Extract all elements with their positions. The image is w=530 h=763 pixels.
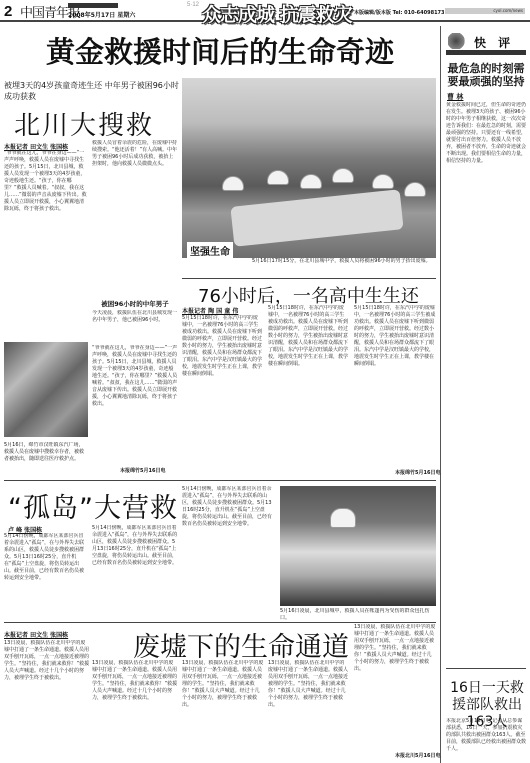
island-col2: 5月14日傍晚，成都军区某部官兵冒着余震进入“孤岛”，在与外界失去联系的山区，救… <box>92 525 178 608</box>
commentary-section-title: 快 评 <box>474 34 514 51</box>
section-rule <box>446 668 526 669</box>
publication-date: 2008年5月17日 星期六 <box>68 10 135 19</box>
commentary-body: 黄金救援时间已过，但生命的奇迹仍在发生。被埋3天的孩子、被困96小时的中年男子相… <box>446 102 526 662</box>
section-rule <box>4 622 436 623</box>
slogan: 众志成城 抗震救灾 <box>202 0 352 27</box>
lead-body-col3: 今天凌晨，救援队伍在北川县城发现一名中年男子，他已被困96小时。 <box>92 310 178 340</box>
ruins-credit: 本报北川5月16日电 <box>395 753 440 760</box>
slogan-date: 5·12 <box>182 1 204 19</box>
island-col3: 5月14日傍晚，成都军区某部官兵冒着余震进入“孤岛”，在与外界失去联系的山区，救… <box>182 486 274 608</box>
lead-body-col2: 救援人员冒着余震的危险，在废墟中持续搜索。“他还活着！”有人高喊。中年男子被困9… <box>92 140 178 295</box>
rescue-photo-left <box>4 342 88 437</box>
stretcher-shape <box>230 189 403 247</box>
photo-tent-caption: 5月16日凌晨，北川县城中，救援人员在帐篷内为受伤的群众包扎伤口。 <box>280 608 436 622</box>
article-76-col2: 5月15日18时许，在东汽中学的废墟中，一名被埋76小时的高三学生被成功救出。救… <box>268 305 348 475</box>
lead-body-col1: “爷爷就在这儿，爷爷在身边——”一声声呼唤，救援人员在废墟中寻找生还的孩子。5月… <box>4 150 88 330</box>
photo-main-caption: 5月16日17时15分，在北川县城中学，救援人员将被困96小时的男子抬出废墟。 <box>252 258 436 274</box>
commentary-headline: 最危急的时刻需要最顽强的坚持 <box>446 62 526 88</box>
helmet-icon <box>222 176 244 191</box>
lead-headline: 北川大搜救 <box>14 105 154 142</box>
helmet-icon <box>267 170 289 185</box>
ruins-col5: 13日凌晨，救援队伍在北川中学的废墟中打通了一条生命通道。救援人员用双手刨开瓦砾… <box>354 624 436 752</box>
article-76-col1: 5月15日18时许，在东汽中学的废墟中，一名被埋76小时的高三学生被成功救出。救… <box>182 315 262 475</box>
photo-left-caption: 5月16日，绵竹市汉旺镇东汽广场，救援人员在废墟中搜救幸存者，被救者被抬出，随即… <box>4 442 88 472</box>
brief-body: 本报北京5月16日电 记者从总参谋部获悉，16日一天，参加抗震救灾的部队共救出被… <box>446 718 526 763</box>
page-number: 2 <box>4 3 12 20</box>
article-76-credit: 本报绵竹5月16日电 <box>395 470 440 477</box>
tent-rescue-photo <box>280 486 436 606</box>
commentary-bar <box>446 50 526 55</box>
main-headline: 黄金救援时间后的生命奇迹 <box>0 30 440 71</box>
commentary-emblem-icon <box>448 33 468 49</box>
helmet-icon <box>330 508 356 528</box>
helmet-icon <box>332 168 354 183</box>
lead-credit: 本报绵竹5月16日电 <box>120 468 165 475</box>
main-rescue-photo <box>182 78 436 258</box>
lead-body-col4: “爷爷就在这儿，爷爷在身边——”一声声呼唤，救援人员在废墟中寻找生还的孩子。5月… <box>92 345 178 465</box>
column-divider <box>440 26 441 763</box>
section-rule <box>4 480 436 481</box>
lead-subhead: 被困96小时的中年男子 <box>92 299 178 308</box>
lead-deck: 被埋3天的4岁孩童奇迹生还 中年男子被困96小时成功获救 <box>4 80 179 102</box>
editor-line: 本版编辑/版本版 Tel: 010-64098173 <box>354 9 445 16</box>
helmet-icon <box>404 182 426 197</box>
masthead-bar <box>68 3 118 8</box>
ruins-col3: 13日凌晨，救援队伍在北川中学的废墟中打通了一条生命通道。救援人员用双手刨开瓦砾… <box>182 660 264 763</box>
ruins-col2: 13日凌晨，救援队伍在北川中学的废墟中打通了一条生命通道。救援人员用双手刨开瓦砾… <box>92 660 178 763</box>
article-76-byline: 本报记者 陶 国 童 伟 <box>182 306 238 315</box>
section-rule <box>182 278 436 279</box>
commentary-author: 曹 林 <box>447 92 463 102</box>
ruins-col1: 13日凌晨，救援队伍在北川中学的废墟中打通了一条生命通道。救援人员用双手刨开瓦砾… <box>4 640 90 763</box>
ruins-byline: 本报记者 田文生 张国栋 <box>4 630 68 639</box>
site-link[interactable]: cyol.com/news <box>445 8 525 14</box>
article-76-col3: 5月15日18时许，在东汽中学的废墟中，一名被埋76小时的高三学生被成功救出。救… <box>354 305 436 470</box>
helmet-icon <box>300 174 322 189</box>
ruins-col4: 13日凌晨，救援队伍在北川中学的废墟中打通了一条生命通道。救援人员用双手刨开瓦砾… <box>268 660 348 763</box>
photo-main-label: 坚强生命 <box>187 242 233 259</box>
helmet-icon <box>372 174 394 189</box>
ruins-headline: 废墟下的生命通道 <box>133 625 349 664</box>
island-col1: 5月14日傍晚，成都军区某部官兵冒着余震进入“孤岛”，在与外界失去联系的山区，救… <box>4 533 88 608</box>
island-headline: “孤岛”大营救 <box>8 486 178 525</box>
